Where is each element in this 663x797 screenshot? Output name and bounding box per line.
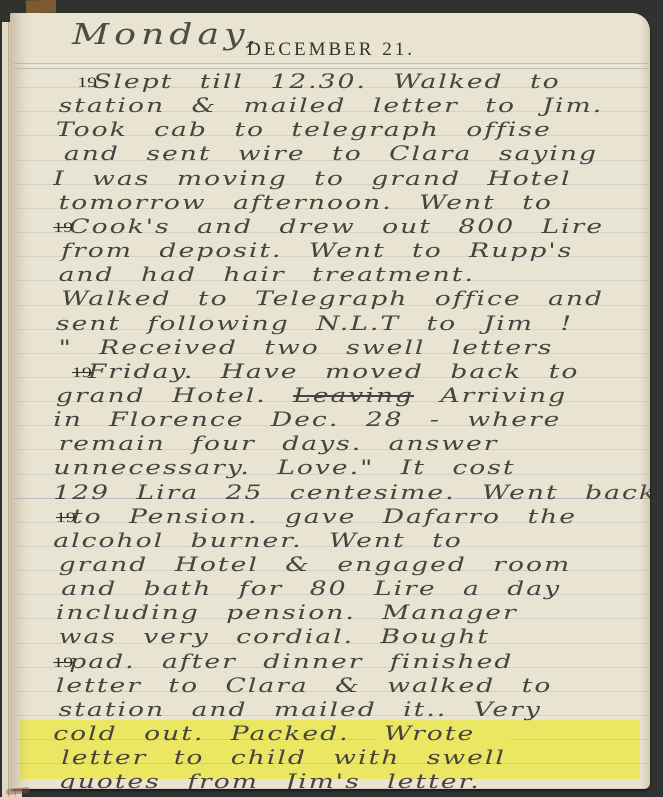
entry-line: and bath for 80 Lire a day bbox=[24, 576, 650, 600]
handwriting-segment: " Received two swell letters bbox=[59, 335, 554, 359]
entry-line: station & mailed letter to Jim. bbox=[24, 93, 650, 117]
printed-year-prefix: 19 bbox=[53, 220, 73, 236]
page-edge-shadow bbox=[640, 13, 650, 789]
entry-line: tomorrow afternoon. Went to bbox=[24, 190, 650, 214]
handwriting-segment: letter to Clara & walked to bbox=[56, 673, 552, 697]
entry-line: and sent wire to Clara saying bbox=[24, 141, 650, 165]
handwriting-segment: 129 Lira 25 centesime. Went back bbox=[53, 480, 650, 504]
handwriting-segment: including pension. Manager bbox=[56, 600, 518, 624]
entry-line: quotes from Jim's letter. bbox=[24, 769, 650, 789]
entry-line: sent following N.L.T to Jim ! bbox=[24, 311, 650, 335]
handwriting-segment: quotes from Jim's letter. bbox=[59, 769, 481, 789]
entry-line: I was moving to grand Hotel bbox=[24, 166, 650, 190]
handwriting-segment: grand Hotel. bbox=[56, 383, 293, 407]
entry-line: 129 Lira 25 centesime. Went back bbox=[24, 480, 650, 504]
handwriting-segment: Arriving bbox=[414, 383, 567, 407]
handwriting-segment: Friday. Have moved back to bbox=[88, 359, 580, 383]
book-spine-corner bbox=[26, 0, 56, 14]
page-edge-line bbox=[8, 22, 9, 797]
entry-line: 19Friday. Have moved back to bbox=[24, 359, 650, 383]
diary-page: Monday, DECEMBER 21. 19Slept till 12.30.… bbox=[10, 13, 650, 789]
handwriting-segment: grand Hotel & engaged room bbox=[59, 552, 572, 576]
handwriting-segment: was very cordial. Bought bbox=[59, 624, 490, 648]
printed-year-prefix: 19 bbox=[77, 75, 97, 91]
entry-line: letter to Clara & walked to bbox=[24, 673, 650, 697]
entry-line: and had hair treatment. bbox=[24, 262, 650, 286]
ruled-line bbox=[14, 63, 648, 64]
printed-year-prefix: 19 bbox=[56, 510, 76, 526]
entry-line: cold out. Packed. Wrote bbox=[24, 721, 650, 745]
entry-line: grand Hotel. Leaving Arriving bbox=[24, 383, 650, 407]
printed-year-prefix: 19 bbox=[72, 365, 92, 381]
handwriting-segment: I was moving to grand Hotel bbox=[53, 166, 571, 190]
entry-line: including pension. Manager bbox=[24, 600, 650, 624]
entry-line: " Received two swell letters bbox=[24, 335, 650, 359]
entry-line: station and mailed it.. Very bbox=[24, 697, 650, 721]
entry-line: 19pad. after dinner finished bbox=[24, 649, 650, 673]
entry-line: remain four days. answer bbox=[24, 431, 650, 455]
handwriting-segment: and had hair treatment. bbox=[59, 262, 475, 286]
entry-line: alcohol burner. Went to bbox=[24, 528, 650, 552]
handwriting-segment: Cook's and drew out 800 Lire bbox=[69, 214, 604, 238]
handwriting-segment: and bath for 80 Lire a day bbox=[61, 576, 561, 600]
printed-year-prefix: 19 bbox=[53, 655, 73, 671]
entry-line: grand Hotel & engaged room bbox=[24, 552, 650, 576]
handwriting-segment: letter to child with swell bbox=[61, 745, 506, 769]
entry-line: letter to child with swell bbox=[24, 745, 650, 769]
handwritten-weekday: Monday, bbox=[72, 17, 261, 51]
entry-line: unnecessary. Love." It cost bbox=[24, 455, 650, 479]
handwriting-segment: from deposit. Went to Rupp's bbox=[61, 238, 573, 262]
handwriting-segment: unnecessary. Love." It cost bbox=[53, 455, 515, 479]
entry-line: 19Slept till 12.30. Walked to bbox=[24, 69, 650, 93]
handwriting-segment: and sent wire to Clara saying bbox=[64, 141, 598, 165]
printed-date: DECEMBER 21. bbox=[247, 39, 415, 61]
binding-crease-shadow bbox=[10, 13, 30, 789]
corner-smudge-mark bbox=[6, 787, 30, 795]
handwriting-segment: Took cab to telegraph offise bbox=[56, 117, 552, 141]
photo-background: Monday, DECEMBER 21. 19Slept till 12.30.… bbox=[0, 0, 663, 797]
highlighted-handwriting: Wrote bbox=[376, 720, 510, 748]
handwriting-segment: station and mailed it.. Very bbox=[59, 697, 542, 721]
handwriting-segment: Walked to Telegraph office and bbox=[61, 286, 604, 310]
handwriting-segment: sent following N.L.T to Jim ! bbox=[56, 311, 573, 335]
handwriting-segment: remain four days. answer bbox=[59, 431, 499, 455]
handwriting-segment: alcohol burner. Went to bbox=[53, 528, 463, 552]
handwriting-segment: Slept till 12.30. Walked to bbox=[93, 69, 561, 93]
entry-line: Walked to Telegraph office and bbox=[24, 286, 650, 310]
handwriting-segment: in Florence Dec. 28 - where bbox=[53, 407, 561, 431]
handwriting-segment: pad. after dinner finished bbox=[69, 649, 513, 673]
entry-line: was very cordial. Bought bbox=[24, 624, 650, 648]
entry-line: 19to Pension. gave Dafarro the bbox=[24, 504, 650, 528]
handwriting-segment: tomorrow afternoon. Went to bbox=[59, 190, 553, 214]
entry-line: from deposit. Went to Rupp's bbox=[24, 238, 650, 262]
handwriting-segment: to Pension. gave Dafarro the bbox=[72, 504, 577, 528]
entry-line: Took cab to telegraph offise bbox=[24, 117, 650, 141]
crossed-out-word: Leaving bbox=[293, 383, 414, 407]
handwriting-segment: station & mailed letter to Jim. bbox=[59, 93, 604, 117]
entry-line: in Florence Dec. 28 - where bbox=[24, 407, 650, 431]
handwriting-segment: cold out. Packed. bbox=[53, 721, 376, 745]
diary-entry-text: 19Slept till 12.30. Walked tostation & m… bbox=[24, 69, 648, 789]
entry-line: 19Cook's and drew out 800 Lire bbox=[24, 214, 650, 238]
